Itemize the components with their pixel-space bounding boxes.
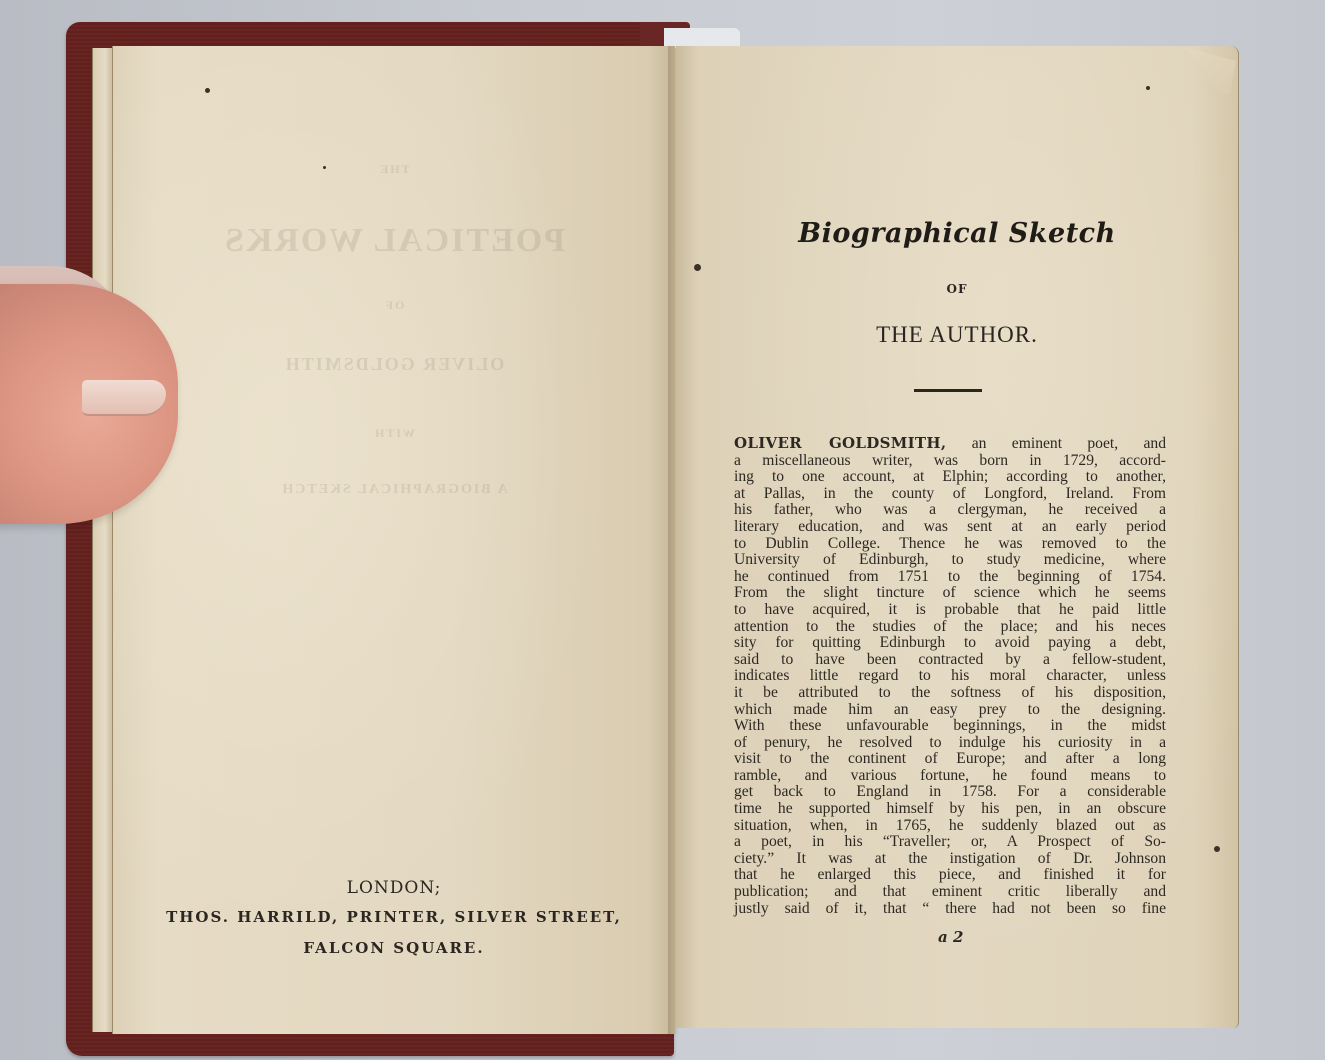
bleed-through-text: THE: [113, 162, 675, 177]
text-line: publication; and that eminent critic lib…: [734, 884, 1166, 901]
biography-text: OLIVER GOLDSMITH, an eminent poet, and a…: [734, 435, 1166, 917]
text-line: justly said of it, that “ there had not …: [734, 901, 1166, 918]
title-rule: [914, 389, 982, 392]
signature-mark: a 2: [938, 928, 963, 946]
text-line: ciety.” It was at the instigation of Dr.…: [734, 851, 1166, 868]
text-line: he continued from 1751 to the beginning …: [734, 569, 1166, 586]
bleed-through-text: A BIOGRAPHICAL SKETCH: [113, 482, 675, 498]
title-of: OF: [676, 282, 1238, 296]
imprint-city: LONDON;: [113, 878, 675, 898]
foxing-spot: [1214, 846, 1220, 852]
text-line: his father, who was a clergyman, he rece…: [734, 502, 1166, 519]
text-line: of penury, he resolved to indulge his cu…: [734, 735, 1166, 752]
text-line: OLIVER GOLDSMITH, an eminent poet, and: [734, 435, 1166, 453]
paper-tab: [664, 28, 740, 48]
text-line: visit to the continent of Europe; and af…: [734, 751, 1166, 768]
imprint-printer: THOS. HARRILD, PRINTER, SILVER STREET,: [113, 908, 675, 926]
text-line: situation, when, in 1765, he suddenly bl…: [734, 818, 1166, 835]
page-title: Biographical Sketch: [676, 218, 1238, 249]
text-line: to have acquired, it is probable that he…: [734, 602, 1166, 619]
bleed-through-text: WITH: [113, 426, 675, 441]
text-line: From the slight tincture of science whic…: [734, 585, 1166, 602]
left-page: THE POETICAL WORKS OF OLIVER GOLDSMITH W…: [112, 46, 675, 1034]
text-line: which made him an easy prey to the desig…: [734, 702, 1166, 719]
text-line: to Dublin College. Thence he was removed…: [734, 536, 1166, 553]
imprint-address: FALCON SQUARE.: [113, 939, 675, 957]
page-subtitle: THE AUTHOR.: [676, 322, 1238, 348]
text-line: that he enlarged this piece, and finishe…: [734, 867, 1166, 884]
text-line: sity for quitting Edinburgh to avoid pay…: [734, 635, 1166, 652]
foxing-spot: [323, 166, 326, 169]
text-line: University of Edinburgh, to study medici…: [734, 552, 1166, 569]
text-line: time he supported himself by his pen, in…: [734, 801, 1166, 818]
text-line: a miscellaneous writer, was born in 1729…: [734, 453, 1166, 470]
text-line: at Pallas, in the county of Longford, Ir…: [734, 486, 1166, 503]
text-line: a poet, in his “Traveller; or, A Prospec…: [734, 834, 1166, 851]
text-line: it be attributed to the softness of his …: [734, 685, 1166, 702]
thumbnail: [82, 380, 166, 416]
author-name: OLIVER GOLDSMITH,: [734, 434, 946, 452]
book-photo: THE POETICAL WORKS OF OLIVER GOLDSMITH W…: [0, 0, 1325, 1060]
foxing-spot: [205, 88, 210, 93]
bleed-through-text: POETICAL WORKS: [113, 222, 675, 260]
right-page: Biographical Sketch OF THE AUTHOR. OLIVE…: [676, 46, 1239, 1028]
foxing-spot: [1146, 86, 1150, 90]
text-line: attention to the studies of the place; a…: [734, 619, 1166, 636]
text-line: literary education, and was sent at an e…: [734, 519, 1166, 536]
bleed-through-text: OF: [113, 298, 675, 313]
bleed-through-text: OLIVER GOLDSMITH: [113, 354, 675, 375]
text-line: indicates little regard to his moral cha…: [734, 668, 1166, 685]
text-line: said to have been contracted by a fellow…: [734, 652, 1166, 669]
text-line: get back to England in 1758. For a consi…: [734, 784, 1166, 801]
foxing-spot: [694, 264, 701, 271]
text-line: With these unfavourable beginnings, in t…: [734, 718, 1166, 735]
text-line: ing to one account, at Elphin; according…: [734, 469, 1166, 486]
text-line: ramble, and various fortune, he found me…: [734, 768, 1166, 785]
